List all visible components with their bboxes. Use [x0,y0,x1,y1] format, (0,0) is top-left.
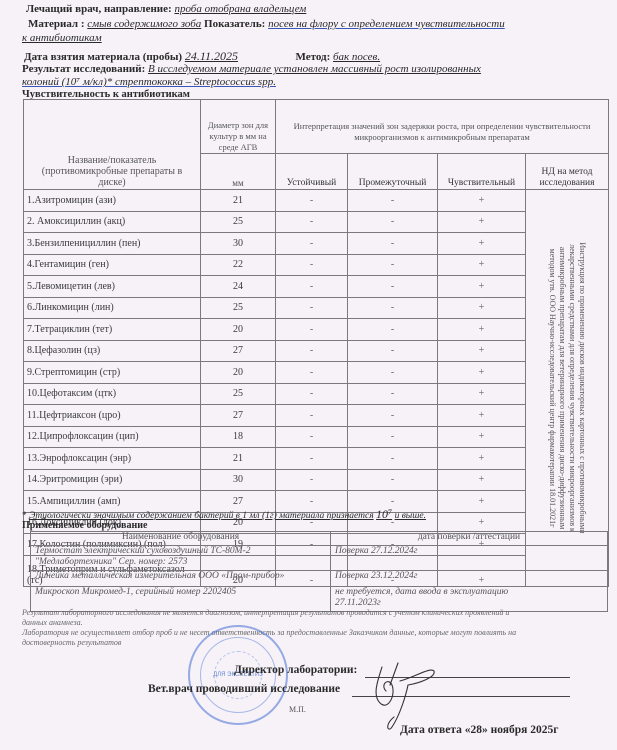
resistant-mark: - [276,448,348,470]
col-unit: мм [201,154,276,190]
intermediate-mark: - [348,190,438,212]
antibiotic-row: 11.Цефтриаксон (цро)27--+ [24,405,609,427]
result-value-cont: колоний (10⁷ м/кл)* стрептококка – Strep… [22,76,276,88]
antibiotic-name: 5.Левомицетин (лев) [24,276,201,298]
col-interpretation-header: Интерпретация значений зон задержки рост… [276,100,609,154]
doctor-line: Лечащий врач, направление: проба отобран… [26,3,306,15]
sensitive-mark: + [438,233,526,255]
intermediate-mark: - [348,340,438,362]
date-label: Дата взятия материала (пробы) [24,51,182,63]
date-value: 24.11.2025 [185,49,238,63]
col-nd: НД на метод исследования [526,154,609,190]
resistant-mark: - [276,190,348,212]
resistant-mark: - [276,469,348,491]
intermediate-mark: - [348,448,438,470]
doctor-value: проба отобрана владельцем [174,3,306,15]
sensitive-mark: + [438,319,526,341]
equipment-name-line: Термостат электрический суховоздушный ТС… [35,546,326,557]
resistant-mark: - [276,276,348,298]
col-resistant: Устойчивый [276,154,348,190]
equipment-name: Линейка металлическая измерительная ООО … [31,571,331,587]
equipment-date: Поверка 23.12.2024г [331,571,608,587]
sensitive-mark: + [438,405,526,427]
antibiotic-name: 8.Цефазолин (цз) [24,340,201,362]
result-line: Результат исследований: В исследуемом ма… [22,63,481,75]
zone-diameter: 25 [201,211,276,233]
intermediate-mark: - [348,405,438,427]
equip-col-name: Наименование оборудования [31,532,331,546]
intermediate-mark: - [348,254,438,276]
indicator-line2: к антибиотикам [22,32,102,44]
zone-diameter: 21 [201,448,276,470]
antibiotic-row: 7.Тетрациклин (тет)20--+ [24,319,609,341]
antibiotic-row: 12.Ципрофлоксацин (цип)18--+ [24,426,609,448]
indicator-value-cont: к антибиотикам [22,32,102,44]
result-label: Результат исследований: [22,63,145,75]
antibiotic-row: 14.Эритромицин (эри)30--+ [24,469,609,491]
nd-method-cell: Инструкция по применению дисков индикато… [526,190,609,587]
antibiotic-row: 13.Энрофлоксацин (энр)21--+ [24,448,609,470]
antibiotic-name: 12.Ципрофлоксацин (цип) [24,426,201,448]
disclaimer-line4: достоверность результатов [22,638,582,648]
sensitive-mark: + [438,491,526,513]
equipment-title: Применяемое оборудование [22,520,147,531]
stamp-mark: М.П. [289,705,306,714]
zone-diameter: 20 [201,319,276,341]
antibiotic-name: 2. Амоксициллин (акц) [24,211,201,233]
resistant-mark: - [276,297,348,319]
method-label: Метод: [295,51,330,63]
antibiotic-row: 5.Левомицетин (лев)24--+ [24,276,609,298]
intermediate-mark: - [348,383,438,405]
resistant-mark: - [276,340,348,362]
equipment-date-line: не требуется, дата ввода в эксплуатацию [335,587,603,598]
nd-method-text: Инструкция по применению дисков индикато… [547,233,587,543]
date-line: Дата взятия материала (пробы) 24.11.2025… [24,49,380,64]
equipment-name-line: Микроскоп Микромед-1, серийный номер 220… [35,587,326,598]
zone-diameter: 24 [201,276,276,298]
vet-label: Вет.врач проводивший исследование [148,683,340,695]
antibiotic-row: 3.Бензилпенициллин (пен)30--+ [24,233,609,255]
zone-diameter: 27 [201,340,276,362]
sensitive-mark: + [438,190,526,212]
antibiotic-name: 13.Энрофлоксацин (энр) [24,448,201,470]
resistant-mark: - [276,426,348,448]
equipment-date-line: Поверка 27.12.2024г [335,546,603,557]
resistant-mark: - [276,233,348,255]
antibiotic-name: 14.Эритромицин (эри) [24,469,201,491]
resistant-mark: - [276,405,348,427]
footnote-power: 10⁷ [376,507,392,521]
equipment-date-line: Поверка 23.12.2024г [335,571,603,582]
antibiotic-name: 6.Линкомицин (лин) [24,297,201,319]
disclaimer-line3: Лаборатория не осуществляет отбор проб и… [22,628,582,638]
sensitive-mark: + [438,426,526,448]
sensitive-mark: + [438,362,526,384]
material-label: Материал : [28,18,85,30]
antibiotic-row: 9.Стрептомицин (стр)20--+ [24,362,609,384]
sensitive-mark: + [438,448,526,470]
col-name-header: Название/показатель (противомикробные пр… [24,100,201,190]
equipment-name-line: "Медлабортехника" Сер. номер: 2573 [35,557,326,568]
equip-col-date: дата поверки /аттестации [331,532,608,546]
antibiotic-name: 3.Бензилпенициллин (пен) [24,233,201,255]
disclaimer-line1: Результат лабораторного исследования не … [22,608,582,618]
footnote-tail: и выше. [395,511,426,521]
director-label: Директор лаборатории: [234,664,357,676]
indicator-value: посев на флору с определением чувствител… [268,18,505,30]
zone-diameter: 30 [201,233,276,255]
resistant-mark: - [276,383,348,405]
intermediate-mark: - [348,362,438,384]
intermediate-mark: - [348,211,438,233]
sensitive-mark: + [438,383,526,405]
sensitive-mark: + [438,276,526,298]
resistant-mark: - [276,211,348,233]
resistant-mark: - [276,254,348,276]
indicator-label: Показатель: [204,18,265,30]
zone-diameter: 18 [201,426,276,448]
equipment-name: Термостат электрический суховоздушный ТС… [31,546,331,571]
antibiotic-row: 10.Цефотаксим (цтк)25--+ [24,383,609,405]
antibiotic-name: 4.Гентамицин (ген) [24,254,201,276]
antibiotic-row: 8.Цефазолин (цз)27--+ [24,340,609,362]
col-diameter-header: Диаметр зон для культур в мм на среде АГ… [201,100,276,154]
col-sensitive: Чувствительный [438,154,526,190]
antibiotic-row: 6.Линкомицин (лин)25--+ [24,297,609,319]
zone-diameter: 22 [201,254,276,276]
zone-diameter: 21 [201,190,276,212]
resistant-mark: - [276,319,348,341]
result-value: В исследуемом материале установлен масси… [148,63,481,75]
sensitive-mark: + [438,254,526,276]
antibiotic-name: 11.Цефтриаксон (цро) [24,405,201,427]
intermediate-mark: - [348,276,438,298]
antibiotic-name: 10.Цефотаксим (цтк) [24,383,201,405]
intermediate-mark: - [348,319,438,341]
zone-diameter: 20 [201,362,276,384]
doctor-label: Лечащий врач, направление: [26,3,172,15]
method-value: бак посев. [333,51,380,63]
antibiotic-row: 2. Амоксициллин (акц)25--+ [24,211,609,233]
equipment-row: Линейка металлическая измерительная ООО … [31,571,608,587]
intermediate-mark: - [348,469,438,491]
intermediate-mark: - [348,297,438,319]
disclaimer-line2: данных анамнеза. [22,618,582,628]
resistant-mark: - [276,362,348,384]
col-intermediate: Промежуточный [348,154,438,190]
sensitive-mark: + [438,211,526,233]
antibiotic-name: 1.Азитромицин (ази) [24,190,201,212]
equipment-name-line: Линейка металлическая измерительная ООО … [35,571,326,582]
intermediate-mark: - [348,426,438,448]
material-value: смыв содержимого зоба [87,18,201,30]
antibiotic-row: 1.Азитромицин (ази)21--+Инструкция по пр… [24,190,609,212]
sensitive-mark: + [438,469,526,491]
answer-date: Дата ответа «28» ноября 2025г [400,724,558,736]
signature-icon [370,655,440,735]
disclaimer-1: Результат лабораторного исследования не … [22,608,582,648]
equipment-table: Наименование оборудования дата поверки /… [30,531,608,612]
zone-diameter: 30 [201,469,276,491]
sensitive-mark: + [438,297,526,319]
antibiotic-name: 9.Стрептомицин (стр) [24,362,201,384]
zone-diameter: 27 [201,405,276,427]
antibiotic-name: 7.Тетрациклин (тет) [24,319,201,341]
intermediate-mark: - [348,233,438,255]
material-line: Материал : смыв содержимого зоба Показат… [28,18,505,30]
zone-diameter: 25 [201,383,276,405]
equipment-row: Термостат электрический суховоздушный ТС… [31,546,608,571]
result-line2: колоний (10⁷ м/кл)* стрептококка – Strep… [22,76,276,88]
equipment-date: Поверка 27.12.2024г [331,546,608,571]
sensitive-mark: + [438,340,526,362]
zone-diameter: 25 [201,297,276,319]
antibiotic-row: 4.Гентамицин (ген)22--+ [24,254,609,276]
